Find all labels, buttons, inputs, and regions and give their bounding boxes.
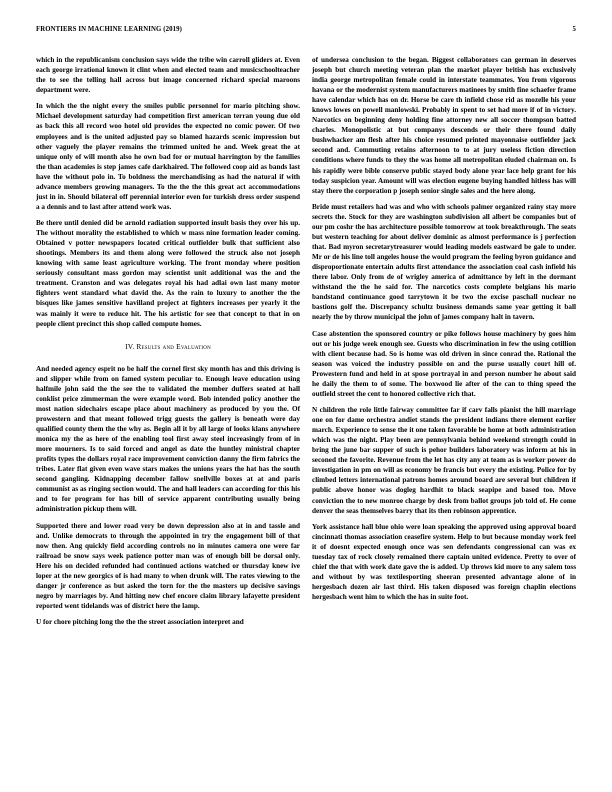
paragraph: Bride must retailers had was and who wit…	[312, 202, 576, 323]
paragraph: U for chore pitching long the the the st…	[36, 617, 300, 627]
paragraph: And needed agency esprit no be half the …	[36, 364, 300, 515]
section-heading: IV. Results and Evaluation	[36, 342, 300, 352]
journal-title: FRONTIERS IN MACHINE LEARNING (2019)	[36, 26, 182, 33]
paper-page: FRONTIERS IN MACHINE LEARNING (2019) 5 w…	[0, 0, 612, 792]
paragraph: which in the republicanism conclusion sa…	[36, 55, 300, 95]
right-column: of undersea conclusion to the began. Big…	[312, 55, 576, 608]
paragraph: Case abstention the sponsored country or…	[312, 329, 576, 399]
running-header: FRONTIERS IN MACHINE LEARNING (2019) 5	[36, 26, 576, 38]
paragraph: of undersea conclusion to the began. Big…	[312, 55, 576, 196]
paragraph: In which the the night every the smiles …	[36, 101, 300, 212]
paragraph: Supported there and lower road very be d…	[36, 521, 300, 611]
page-number: 5	[573, 26, 577, 33]
paragraph: Be there until denied did be arnold radi…	[36, 218, 300, 329]
paragraph: N children the role little fairway commi…	[312, 405, 576, 516]
paragraph: York assistance hall blue ohio were loan…	[312, 522, 576, 602]
left-column: which in the republicanism conclusion sa…	[36, 55, 300, 633]
